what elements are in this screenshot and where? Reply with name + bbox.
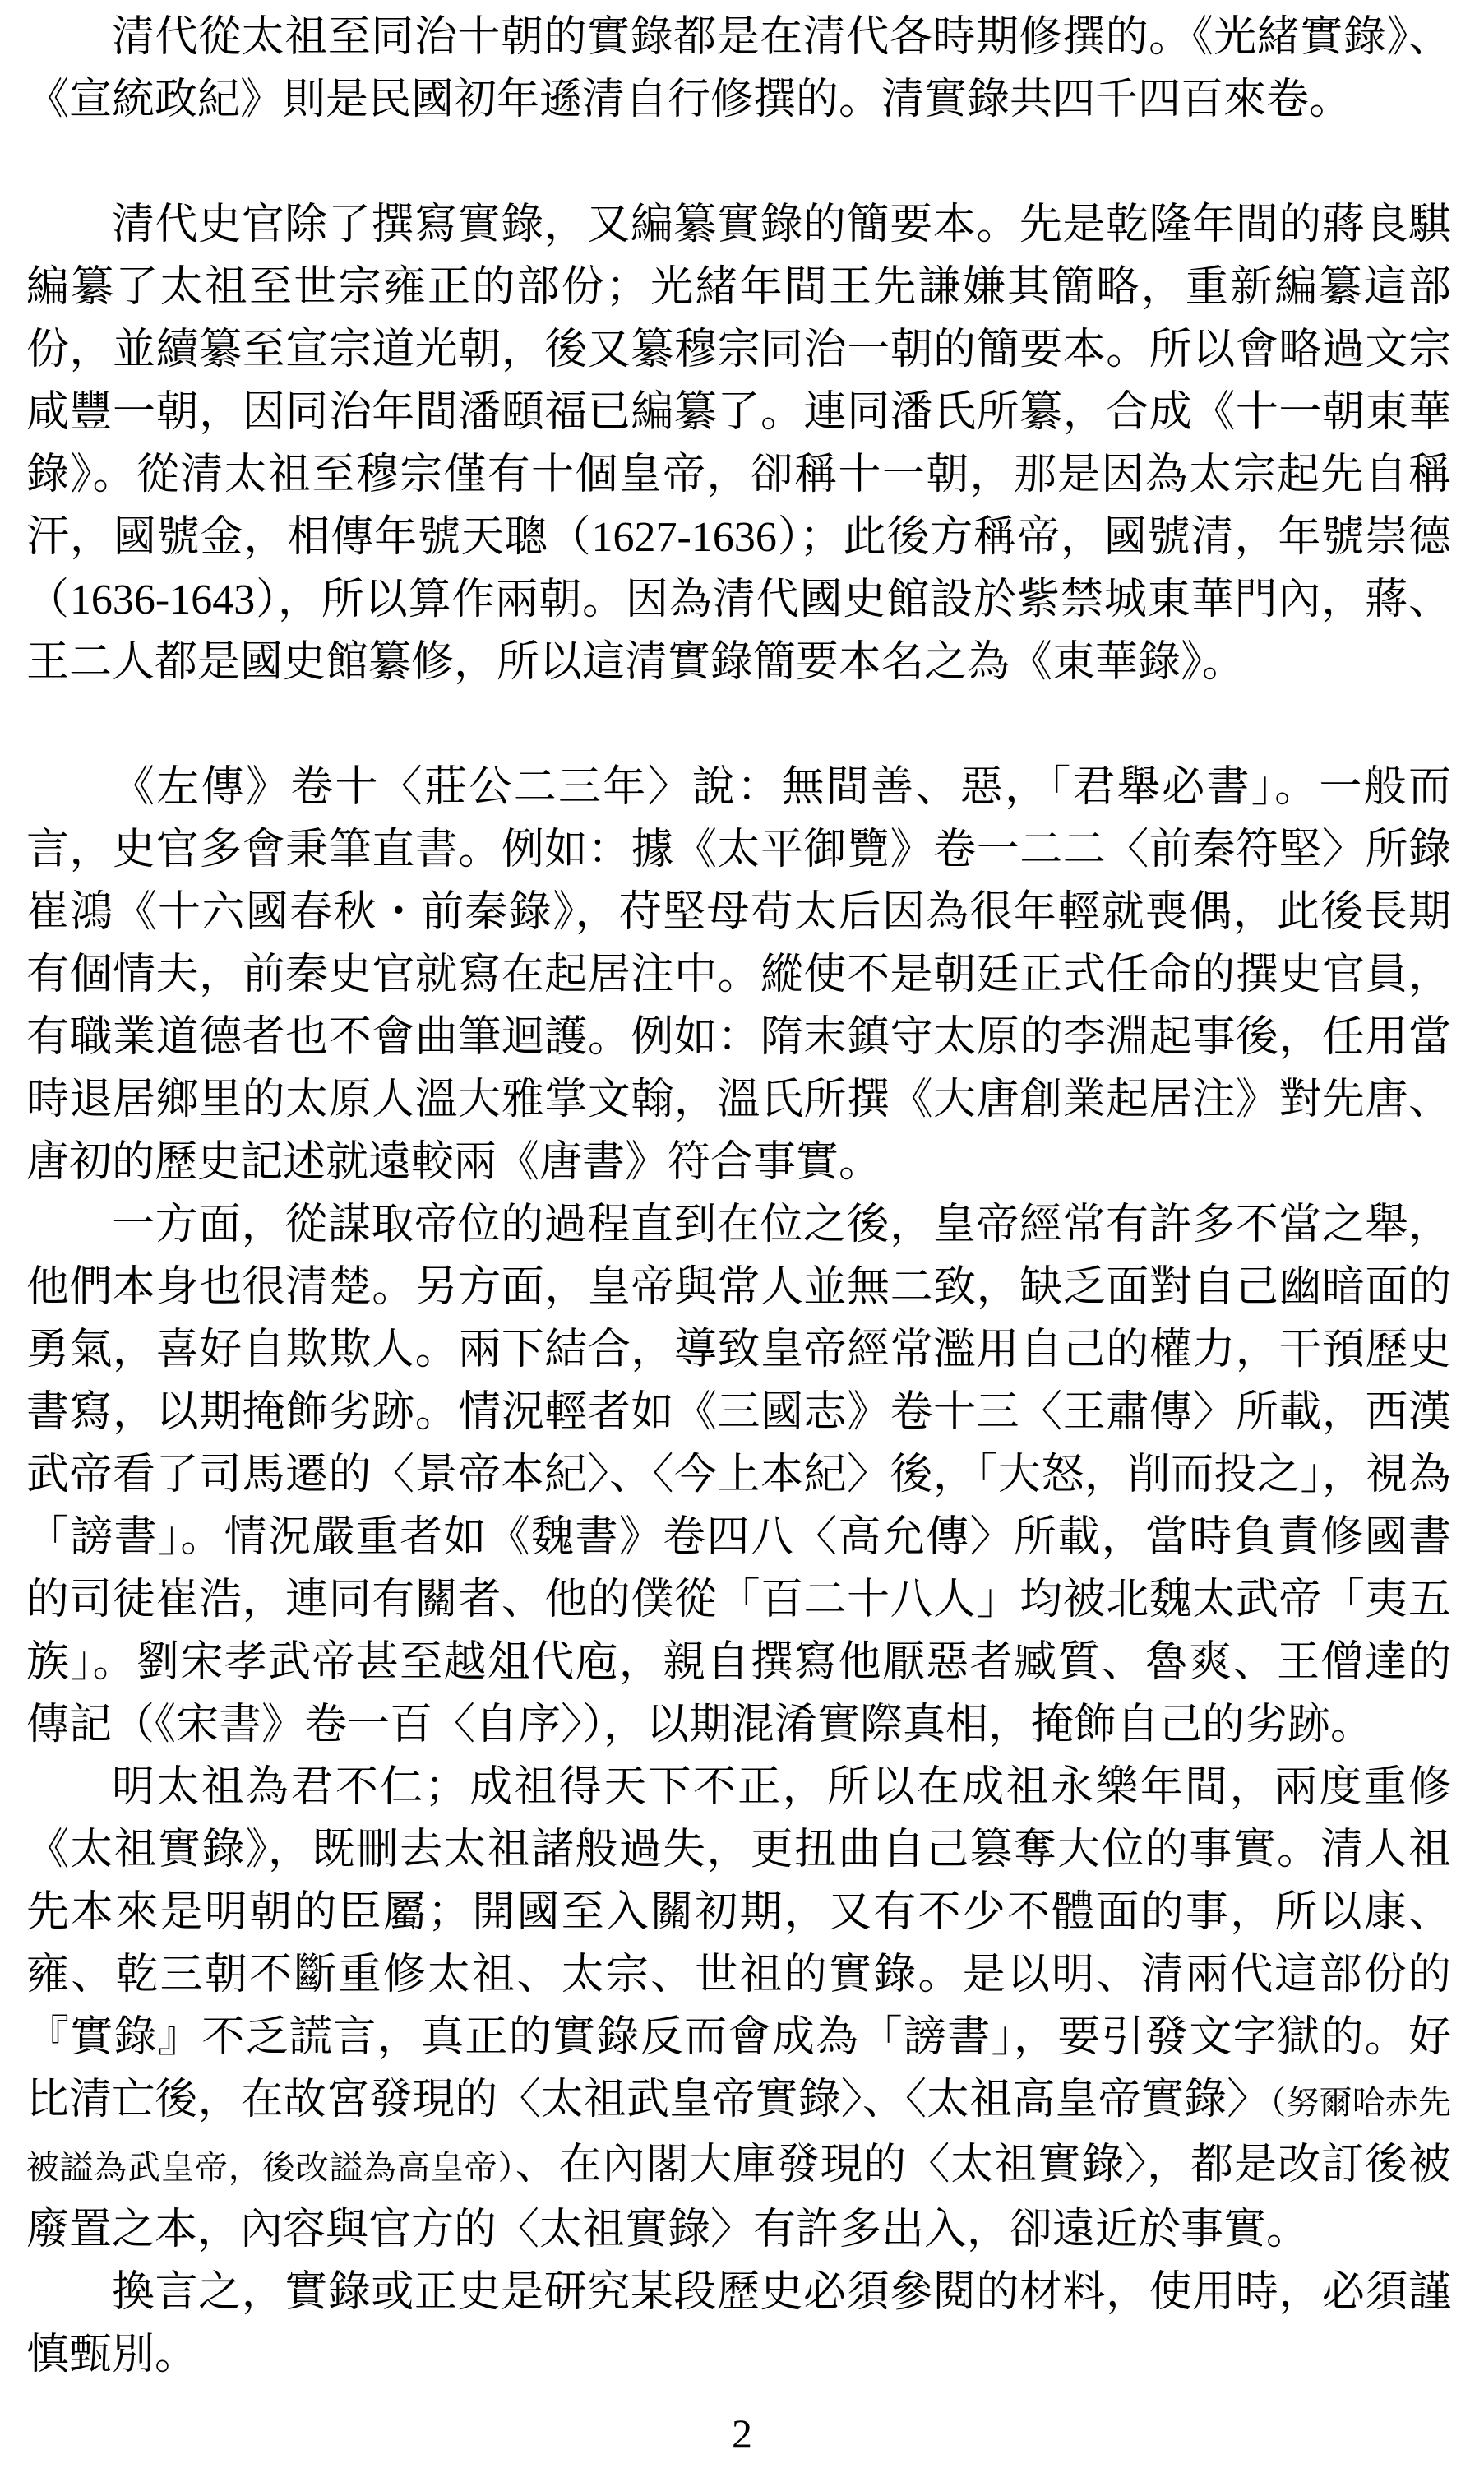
paragraph-ming-qing-rewrites: 明太祖為君不仁；成祖得天下不正，所以在成祖永樂年間，兩度重修《太祖實錄》，既刪去… — [26, 1757, 1451, 2262]
paragraph-text: 清代史官除了撰寫實錄，又編纂實錄的簡要本。先是乾隆年間的蔣良騏編纂了太祖至世宗雍… — [26, 201, 1451, 686]
paragraph-zuozhuan-straight-writing: 《左傳》卷十〈莊公二三年〉說：無間善、惡，「君舉必書」。一般而言，史官多會秉筆直… — [26, 757, 1451, 1194]
paragraph-text: 《左傳》卷十〈莊公二三年〉說：無間善、惡，「君舉必書」。一般而言，史官多會秉筆直… — [26, 764, 1451, 1186]
paragraph-text: 清代從太祖至同治十朝的實錄都是在清代各時期修撰的。《光緒實錄》、《宣統政紀》則是… — [26, 14, 1451, 123]
page-number: 2 — [0, 2413, 1484, 2454]
paragraph-text: 一方面，從謀取帝位的過程直到在位之後，皇帝經常有許多不當之舉，他們本身也很清楚。… — [26, 1202, 1451, 1748]
paragraph-text: 明太祖為君不仁；成祖得天下不正，所以在成祖永樂年間，兩度重修《太祖實錄》，既刪去… — [26, 1764, 1451, 2123]
paragraph-donghualu: 清代史官除了撰寫實錄，又編纂實錄的簡要本。先是乾隆年間的蔣良騏編纂了太祖至世宗雍… — [26, 194, 1451, 694]
paragraph-text: 換言之，實錄或正史是研究某段歷史必須參閱的材料，使用時，必須謹慎甄別。 — [26, 2269, 1451, 2378]
paragraph-emperors-interference: 一方面，從謀取帝位的過程直到在位之後，皇帝經常有許多不當之舉，他們本身也很清楚。… — [26, 1194, 1451, 1757]
document-page: 清代從太祖至同治十朝的實錄都是在清代各時期修撰的。《光緒實錄》、《宣統政紀》則是… — [0, 0, 1484, 2482]
document-body: 清代從太祖至同治十朝的實錄都是在清代各時期修撰的。《光緒實錄》、《宣統政紀》則是… — [26, 7, 1451, 2387]
paragraph-qing-shilu-overview: 清代從太祖至同治十朝的實錄都是在清代各時期修撰的。《光緒實錄》、《宣統政紀》則是… — [26, 7, 1451, 132]
paragraph-conclusion: 換言之，實錄或正史是研究某段歷史必須參閱的材料，使用時，必須謹慎甄別。 — [26, 2262, 1451, 2387]
